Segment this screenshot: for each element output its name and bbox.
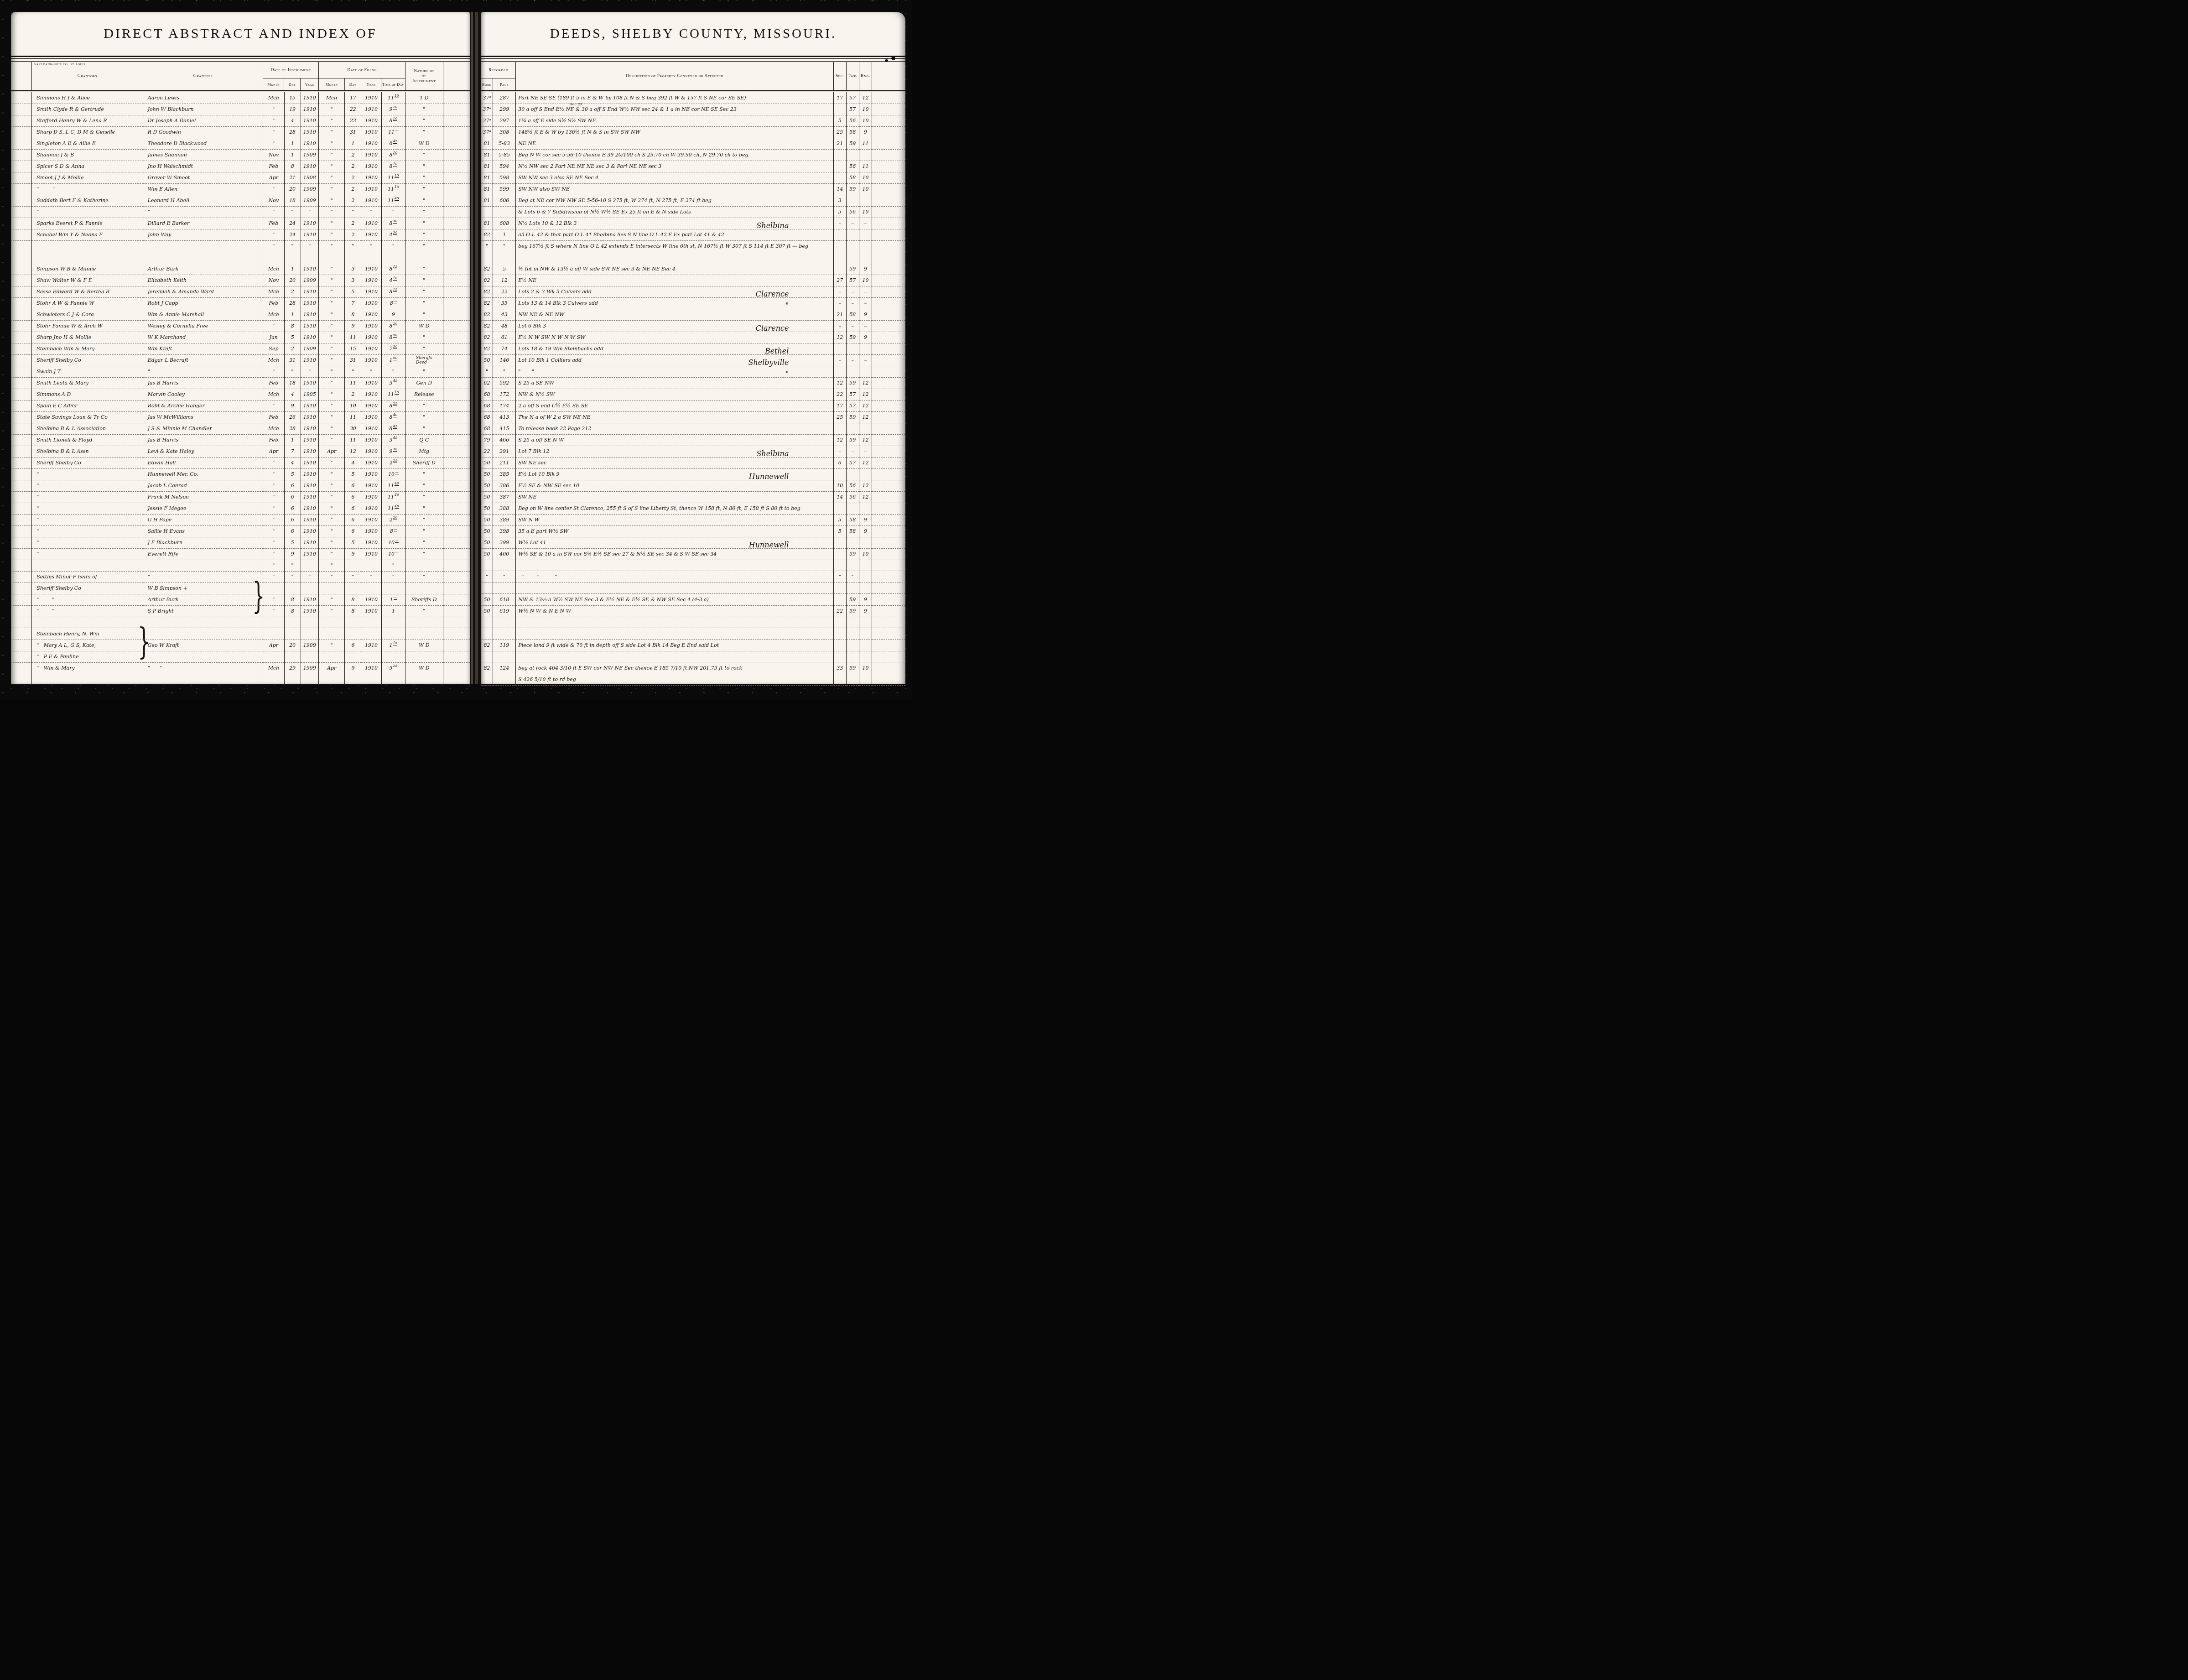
- time-of-day-cell: 1140: [382, 491, 405, 503]
- filing-month-cell: ": [319, 240, 345, 252]
- twp-cell: –: [847, 286, 859, 298]
- filing-month-cell: ": [319, 229, 345, 241]
- ledger-row: 50399W½ Lot 41Hunnewell–––: [481, 537, 905, 548]
- inst-month-cell: Sep: [263, 343, 284, 355]
- rng-cell: 12: [859, 400, 873, 412]
- filing-month-cell: ": [319, 172, 345, 184]
- ledger-row: 8222Lots 2 & 3 Blk 5 Culvers addClarence…: [481, 286, 905, 297]
- nature-cell: ": [405, 468, 443, 480]
- grantee-cell: Jno H Walschmidt: [143, 161, 264, 172]
- inst-month-cell: ": [263, 104, 284, 115]
- time-of-day-cell: 820: [382, 320, 405, 332]
- filing-year-cell: 1910: [361, 92, 381, 104]
- margin-cell: [11, 480, 32, 492]
- sec-cell: 21: [834, 309, 847, 321]
- ledger-row: 681742 a off S end C½ E½ SE SE175712: [481, 400, 905, 411]
- inst-day-cell: 6: [285, 503, 301, 515]
- ledger-row: " Wm & Mary" "Mch291909Apr91910525W D: [11, 662, 470, 674]
- grantor-cell: " ": [32, 183, 143, 195]
- page-edge-cell: [443, 332, 470, 343]
- inst-day-cell: [285, 651, 301, 663]
- ledger-row: 50387SW NE145612: [481, 491, 905, 503]
- time-of-day-cell: 430: [382, 229, 405, 241]
- filing-year-cell: ": [361, 206, 381, 218]
- grantor-cell: Settles Minor F heirs of: [32, 571, 143, 583]
- right-margin-cell: [872, 138, 905, 150]
- page-num-cell: 385: [493, 468, 516, 480]
- ledger-row: "" " " """: [481, 571, 905, 583]
- grantee-cell: Wm Kraft: [143, 343, 264, 355]
- description-cell: NE NE: [516, 138, 834, 150]
- right-margin-cell: [872, 480, 905, 492]
- margin-cell: [11, 92, 32, 104]
- time-of-day-cell: ": [382, 560, 405, 572]
- left-page-title: DIRECT ABSTRACT AND INDEX OF: [104, 26, 377, 42]
- page-edge-cell: [443, 218, 470, 229]
- filing-year-cell: 1910: [361, 400, 381, 412]
- inst-year-cell: 1910: [301, 434, 319, 446]
- book-cell: 37ᵃ: [481, 115, 493, 127]
- page-num-cell: 22: [493, 286, 516, 298]
- twp-cell: –: [847, 218, 859, 229]
- page-edge-cell: [443, 115, 470, 127]
- sec-cell: 17: [834, 400, 847, 412]
- filing-year-cell: 1910: [361, 320, 381, 332]
- nature-cell: [405, 628, 443, 640]
- page-edge-cell: [443, 161, 470, 172]
- filing-year-cell: 1910: [361, 297, 381, 309]
- ledger-row: """""""""": [11, 206, 470, 218]
- filing-year-cell: 1910: [361, 138, 381, 150]
- description-cell: Lots 18 & 19 Wm Steinbachs addBethel: [516, 343, 834, 355]
- filing-month-cell: ": [319, 480, 345, 492]
- inst-day-cell: 4: [285, 115, 301, 127]
- inst-day-cell: 28: [285, 423, 301, 435]
- page-num-cell: 466: [493, 434, 516, 446]
- filing-year-cell: 1910: [361, 411, 381, 423]
- grantee-cell: [143, 252, 264, 263]
- inst-year-label: Year: [301, 78, 318, 90]
- right-margin-cell: [872, 149, 905, 161]
- description-cell: NW NE & NE NW: [516, 309, 834, 321]
- inst-year-cell: 1909: [301, 149, 319, 161]
- time-of-day-cell: 1140: [382, 503, 405, 515]
- filing-year-cell: 1910: [361, 104, 381, 115]
- rng-cell: [859, 640, 873, 651]
- right-page-title: DEEDS, SHELBY COUNTY, MISSOURI.: [550, 26, 837, 42]
- sec-cell: 10: [834, 480, 847, 492]
- time-of-day-cell: 1115: [382, 389, 405, 400]
- grantee-cell: R D Goodwin: [143, 126, 264, 138]
- inst-day-cell: 1: [285, 263, 301, 275]
- description-cell: NW & 13⅓ a W½ SW NE Sec 3 & E½ NE & E½ S…: [516, 594, 834, 606]
- filing-year-cell: 1910: [361, 172, 381, 184]
- inst-year-cell: 1910: [301, 161, 319, 172]
- book-cell: ": [481, 240, 493, 252]
- filing-year-cell: 1910: [361, 229, 381, 241]
- rng-cell: –: [859, 218, 873, 229]
- filing-month-cell: ": [319, 354, 345, 366]
- right-margin-cell: [872, 240, 905, 252]
- rng-header: Rng.: [859, 62, 873, 90]
- inst-day-cell: [285, 617, 301, 628]
- grantee-cell: Jas B Harris: [143, 434, 264, 446]
- page-num-cell: 43: [493, 309, 516, 321]
- inst-year-cell: ": [301, 571, 319, 583]
- book-cell: [481, 206, 493, 218]
- filing-day-cell: 31: [345, 126, 361, 138]
- right-margin-cell: [872, 617, 905, 628]
- filing-year-cell: [361, 617, 381, 628]
- right-margin-cell: [872, 229, 905, 241]
- inst-day-cell: 28: [285, 126, 301, 138]
- right-margin-cell: [872, 583, 905, 594]
- filing-day-cell: [345, 252, 361, 263]
- description-cell: 1¾ a off E side S½ S½ SW NE: [516, 115, 834, 127]
- grantee-cell: Everett Rife: [143, 548, 264, 560]
- sec-cell: [834, 617, 847, 628]
- twp-cell: [847, 674, 859, 686]
- grantee-cell: Wesley & Cornelia Free: [143, 320, 264, 332]
- filing-month-cell: ": [319, 640, 345, 651]
- grantor-cell: [32, 617, 143, 628]
- filing-day-cell: 2: [345, 183, 361, 195]
- nature-cell: ": [405, 149, 443, 161]
- inst-month-cell: ": [263, 605, 284, 617]
- twp-cell: 59: [847, 138, 859, 150]
- margin-cell: [11, 423, 32, 435]
- filing-month-cell: Apr: [319, 446, 345, 458]
- ledger-row: Smith Lionell & FloydJas B HarrisFeb1191…: [11, 434, 470, 446]
- filing-year-cell: ": [361, 240, 381, 252]
- page-num-cell: 387: [493, 491, 516, 503]
- filing-month-cell: ": [319, 491, 345, 503]
- ledger-row: 8261E½ N W SW N W N W SW12599: [481, 332, 905, 343]
- inst-year-cell: ": [301, 240, 319, 252]
- right-margin-cell: [872, 411, 905, 423]
- page-num-cell: 297: [493, 115, 516, 127]
- margin-cell: [11, 514, 32, 526]
- page-num-cell: 124: [493, 662, 516, 674]
- twp-cell: [847, 195, 859, 207]
- nature-cell: Gen D: [405, 377, 443, 389]
- ledger-row: Schabel Wm Y & Neona FJohn Way"241910"21…: [11, 229, 470, 240]
- rng-cell: 11: [859, 138, 873, 150]
- page-edge-cell: [443, 195, 470, 207]
- grantor-cell: Sheriff Shelby Co: [32, 354, 143, 366]
- margin-cell: [11, 571, 32, 583]
- page-edge-cell: [443, 377, 470, 389]
- filing-month-cell: [319, 651, 345, 663]
- margin-cell: [11, 366, 32, 378]
- twp-cell: 58: [847, 126, 859, 138]
- sec-cell: [834, 628, 847, 640]
- filing-year-cell: 1910: [361, 263, 381, 275]
- rng-cell: 9: [859, 126, 873, 138]
- grantor-cell: Smith Leota & Mary: [32, 377, 143, 389]
- filing-month-cell: ": [319, 560, 345, 572]
- filing-year-cell: 1910: [361, 161, 381, 172]
- description-cell: Beg at NE cor NW NW SE 5-56-10 S 275 ft,…: [516, 195, 834, 207]
- time-of-day-cell: 920: [382, 104, 405, 115]
- description-cell: NW & N½ SW: [516, 389, 834, 400]
- twp-cell: 59: [847, 263, 859, 275]
- right-title-band: DEEDS, SHELBY COUNTY, MISSOURI.: [481, 12, 905, 56]
- page-edge-cell: [443, 560, 470, 572]
- filing-day-cell: 30: [345, 423, 361, 435]
- inst-month-label: Month: [263, 78, 284, 90]
- twp-cell: 56: [847, 491, 859, 503]
- book-cell: 82: [481, 275, 493, 286]
- ledger-row: [11, 252, 470, 263]
- ledger-row: [11, 617, 470, 628]
- inst-month-cell: ": [263, 548, 284, 560]
- grantor-cell: Sparks Everet P & Fannie: [32, 218, 143, 229]
- margin-cell: [11, 309, 32, 321]
- twp-cell: –: [847, 537, 859, 549]
- grantor-cell: ": [32, 514, 143, 526]
- filing-day-cell: 8: [345, 605, 361, 617]
- rng-cell: 11: [859, 161, 873, 172]
- book-cell: 37ᵃ: [481, 104, 493, 115]
- grantee-cell: Grover W Smoot: [143, 172, 264, 184]
- book-cell: 81: [481, 138, 493, 150]
- grantor-cell: [32, 252, 143, 263]
- inst-year-cell: 1910: [301, 104, 319, 115]
- time-of-day-cell: 645: [382, 138, 405, 150]
- margin-cell: [11, 240, 32, 252]
- page-num-cell: 606: [493, 195, 516, 207]
- time-of-day-cell: 225: [382, 457, 405, 469]
- rng-cell: 10: [859, 206, 873, 218]
- inst-year-cell: 1910: [301, 514, 319, 526]
- time-of-day-cell: 410: [382, 275, 405, 286]
- grantor-cell: ": [32, 206, 143, 218]
- book-cell: 82: [481, 640, 493, 651]
- grantor-cell: ": [32, 491, 143, 503]
- margin-cell: [11, 320, 32, 332]
- inst-year-cell: 1910: [301, 218, 319, 229]
- time-of-day-cell: ": [382, 366, 405, 378]
- margin-cell: [11, 525, 32, 537]
- filing-month-cell: ": [319, 400, 345, 412]
- filing-day-cell: 10: [345, 400, 361, 412]
- description-cell: [516, 560, 834, 571]
- book-cell: 50: [481, 525, 493, 537]
- grantee-cell: W B Simpson +: [143, 583, 264, 594]
- sec-cell: –: [834, 297, 847, 309]
- nature-cell: ": [405, 332, 443, 343]
- grantor-cell: Sharp Jno H & Mollie: [32, 332, 143, 343]
- book-cell: 82: [481, 229, 493, 241]
- nature-cell: ": [405, 343, 443, 355]
- page-edge-cell: [443, 468, 470, 480]
- description-cell: 148½ ft E & W by 136½ ft N & S in SW SW …: [516, 126, 834, 138]
- page-num-cell: 48: [493, 320, 516, 332]
- inst-month-cell: [263, 651, 284, 663]
- inst-day-cell: 24: [285, 229, 301, 241]
- inst-month-cell: ": [263, 126, 284, 138]
- grantee-cell: Theodore D Blackwood: [143, 138, 264, 150]
- nature-cell: ": [405, 206, 443, 218]
- book-cell: 50: [481, 548, 493, 560]
- description-cell: ½ Int in NW & 13½ a off W side SW NE sec…: [516, 263, 834, 275]
- page-num-cell: 174: [493, 400, 516, 412]
- nature-cell: ": [405, 423, 443, 435]
- page-edge-cell: [443, 126, 470, 138]
- twp-header: Twp.: [847, 62, 859, 90]
- page-num-cell: 5-85: [493, 149, 516, 161]
- book-cell: [481, 651, 493, 662]
- filing-month-label: Month: [319, 78, 345, 90]
- filing-year-cell: 1910: [361, 115, 381, 127]
- sec-cell: 22: [834, 389, 847, 400]
- filing-month-cell: ": [319, 503, 345, 515]
- rng-cell: [859, 651, 873, 662]
- page-num-cell: [493, 252, 516, 263]
- sec-cell: 5: [834, 206, 847, 218]
- sec-cell: –: [834, 446, 847, 458]
- margin-cell: [11, 297, 32, 309]
- description-cell: N½ Lots 10 & 12 Blk 3Shelbina: [516, 218, 834, 229]
- time-of-day-cell: ": [382, 240, 405, 252]
- ledger-row: 50385E½ Lot 10 Blk 9Hunnewell: [481, 468, 905, 480]
- ledger-row: Smoot J J & MollieGrover W SmootApr21190…: [11, 172, 470, 183]
- time-of-day-cell: ": [382, 206, 405, 218]
- filing-day-cell: [345, 617, 361, 628]
- grantor-cell: Shelbina B & L Assn: [32, 446, 143, 458]
- filing-month-cell: ": [319, 548, 345, 560]
- grantor-cell: Spicer S D & Anna: [32, 161, 143, 172]
- page-num-cell: 608: [493, 218, 516, 229]
- inst-month-cell: [263, 617, 284, 628]
- inst-month-cell: [263, 583, 284, 594]
- grantor-cell: Schabel Wm Y & Neona F: [32, 229, 143, 241]
- inst-year-cell: 1910: [301, 320, 319, 332]
- inst-year-cell: 1910: [301, 480, 319, 492]
- book-cell: 50: [481, 480, 493, 492]
- grantor-cell: " Mary A L, G S, Kate,: [32, 640, 143, 651]
- inst-month-cell: Nov: [263, 275, 284, 286]
- description-cell: S 426 5/10 ft to rd beg: [516, 674, 834, 686]
- filing-year-cell: 1910: [361, 332, 381, 343]
- ledger-row: "Frank M Nelson"61910"619101140": [11, 491, 470, 503]
- description-cell: E½ Lot 10 Blk 9Hunnewell: [516, 468, 834, 480]
- time-of-day-cell: 10—: [382, 537, 405, 549]
- sec-cell: 17: [834, 92, 847, 104]
- right-margin-cell: [872, 503, 905, 515]
- inst-month-cell: ": [263, 571, 284, 583]
- right-margin-cell: [872, 218, 905, 229]
- ledger-row: Steinbach Wm & MaryWm KraftSep21909"1519…: [11, 343, 470, 354]
- ledger-row: 8243NW NE & NE NW21589: [481, 309, 905, 320]
- grantor-cell: " Wm & Mary: [32, 662, 143, 674]
- twp-cell: [847, 343, 859, 355]
- time-of-day-cell: 930: [382, 446, 405, 458]
- sec-cell: 14: [834, 183, 847, 195]
- margin-cell: [11, 605, 32, 617]
- page-num-cell: ": [493, 240, 516, 252]
- rng-cell: [859, 366, 873, 378]
- filing-day-cell: 31: [345, 354, 361, 366]
- inst-month-cell: Nov: [263, 195, 284, 207]
- ledger-row: Stohr A W & Fannie WRobt J CappFeb281910…: [11, 297, 470, 309]
- inst-month-cell: ": [263, 138, 284, 150]
- inst-month-cell: Feb: [263, 434, 284, 446]
- book-cell: [481, 583, 493, 594]
- sec-cell: 25: [834, 411, 847, 423]
- inst-day-cell: 19: [285, 104, 301, 115]
- book-cell: 81: [481, 161, 493, 172]
- inst-day-cell: 6: [285, 525, 301, 537]
- inst-month-cell: Apr: [263, 172, 284, 184]
- ledger-row: 68172NW & N½ SW225712: [481, 389, 905, 400]
- right-margin-cell: [872, 366, 905, 378]
- rng-cell: 10: [859, 275, 873, 286]
- ledger-row: 8248Lot 6 Blk 3Clarence–––: [481, 320, 905, 332]
- twp-cell: [847, 468, 859, 480]
- filing-month-cell: [319, 628, 345, 640]
- description-cell: 2 a off S end C½ E½ SE SE: [516, 400, 834, 412]
- filing-year-cell: 1910: [361, 525, 381, 537]
- inst-month-cell: ": [263, 206, 284, 218]
- page-num-cell: [493, 560, 516, 571]
- rng-cell: 10: [859, 183, 873, 195]
- book-cell: 50: [481, 491, 493, 503]
- inst-month-cell: Feb: [263, 161, 284, 172]
- filing-year-cell: 1910: [361, 457, 381, 469]
- inst-month-cell: Apr: [263, 640, 284, 651]
- twp-cell: [847, 583, 859, 594]
- inst-month-cell: Feb: [263, 218, 284, 229]
- page-num-cell: 388: [493, 503, 516, 515]
- grantor-cell: Sheriff Shelby Co: [32, 457, 143, 469]
- grantor-cell: [32, 240, 143, 252]
- filing-month-cell: ": [319, 537, 345, 549]
- twp-cell: 57: [847, 457, 859, 469]
- inst-month-cell: Nov: [263, 149, 284, 161]
- filing-day-cell: 5: [345, 468, 361, 480]
- nature-cell: SheriffsDeed: [405, 354, 443, 366]
- nature-cell: ": [405, 514, 443, 526]
- page-num-cell: [493, 206, 516, 218]
- right-margin-cell: [872, 446, 905, 458]
- page-num-cell: 415: [493, 423, 516, 435]
- nature-cell: ": [405, 309, 443, 321]
- inst-day-cell: 1: [285, 138, 301, 150]
- book-spine: [470, 12, 481, 684]
- filing-day-cell: 3: [345, 275, 361, 286]
- twp-cell: [847, 651, 859, 662]
- sec-cell: ": [834, 571, 847, 583]
- time-of-day-cell: 840: [382, 411, 405, 423]
- nature-cell: ": [405, 229, 443, 241]
- grantee-cell: Sallie H Evans: [143, 525, 264, 537]
- filing-day-cell: 3: [345, 263, 361, 275]
- filing-month-cell: ": [319, 297, 345, 309]
- sec-cell: [834, 560, 847, 571]
- filing-month-cell: ": [319, 218, 345, 229]
- right-margin-cell: [872, 651, 905, 662]
- right-margin-cell: [872, 172, 905, 184]
- page-edge-cell: [443, 491, 470, 503]
- grantor-cell: Steinbach Wm & Mary: [32, 343, 143, 355]
- inst-day-cell: 18: [285, 377, 301, 389]
- filing-day-cell: ": [345, 571, 361, 583]
- description-cell: [516, 252, 834, 263]
- description-cell: Lots 2 & 3 Blk 5 Culvers addClarence: [516, 286, 834, 298]
- grantee-cell: Jeremiah & Amanda Ward: [143, 286, 264, 298]
